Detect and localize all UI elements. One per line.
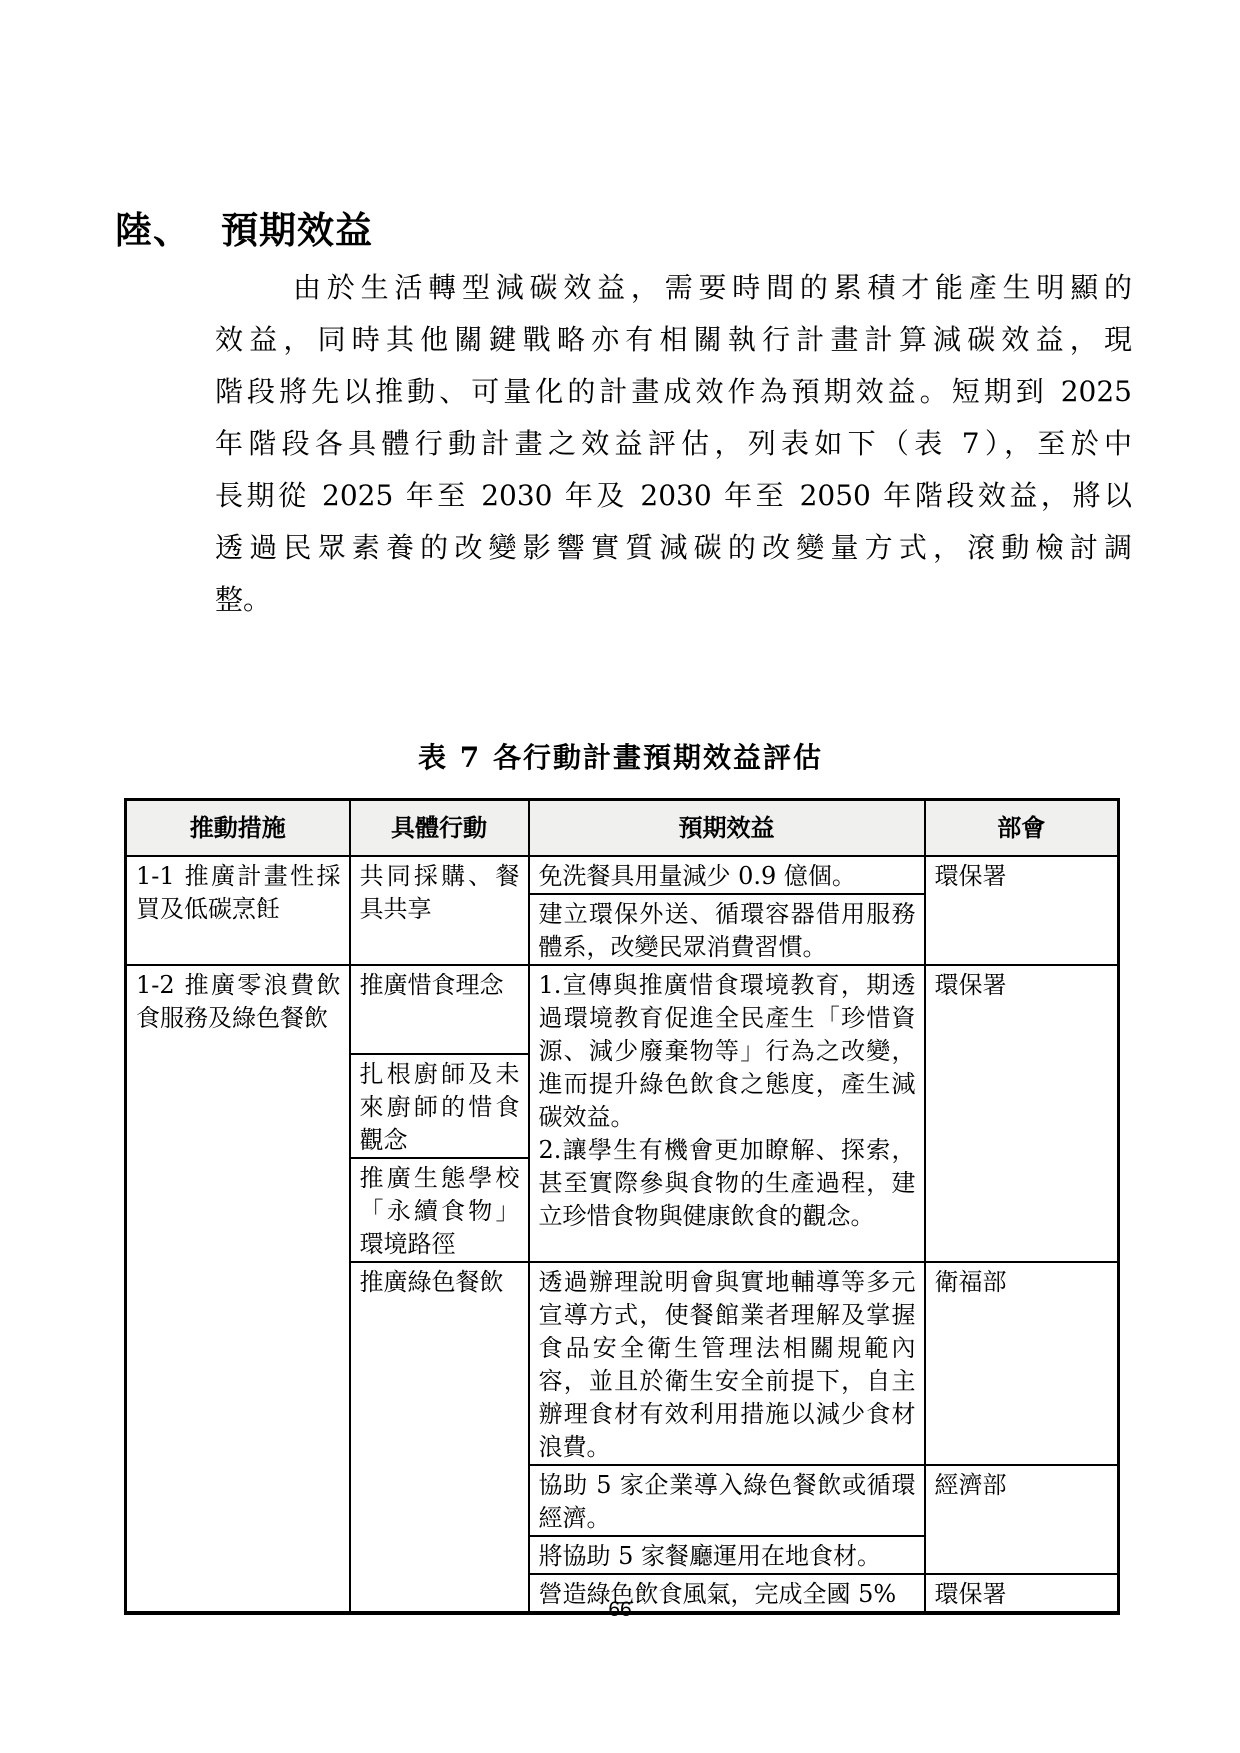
paragraph-line: 整。 [215, 574, 1132, 626]
paragraph-line: 由於生活轉型減碳效益，需要時間的累積才能產生明顯的 [215, 262, 1132, 314]
page-number: 66 [0, 1598, 1240, 1622]
cell-action-1-2-d: 推廣綠色餐飲 [350, 1262, 529, 1613]
header-benefit: 預期效益 [529, 800, 925, 856]
header-ministry: 部會 [925, 800, 1119, 856]
cell-benefit-1-2-c: 協助 5 家企業導入綠色餐飲或循環經濟。 [529, 1465, 925, 1536]
section-heading: 陸、預期效益 [115, 200, 373, 254]
table-caption: 表 7 各行動計畫預期效益評估 [124, 736, 1117, 776]
cell-action-1-2-a: 推廣惜食理念 [350, 965, 529, 1054]
cell-benefit-1-2-a: 1.宣傳與推廣惜食環境教育，期透過環境教育促進全民產生「珍惜資源、減少廢棄物等」… [529, 965, 925, 1262]
header-measure: 推動措施 [126, 800, 350, 856]
cell-ministry-1-2-b: 衛福部 [925, 1262, 1119, 1465]
cell-benefit-1-2-b: 透過辦理說明會與實地輔導等多元宣導方式，使餐館業者理解及掌握食品安全衛生管理法相… [529, 1262, 925, 1465]
cell-ministry-1-2-c: 經濟部 [925, 1465, 1119, 1574]
intro-paragraph: 由於生活轉型減碳效益，需要時間的累積才能產生明顯的 效益，同時其他關鍵戰略亦有相… [215, 262, 1132, 626]
paragraph-line: 長期從 2025 年至 2030 年及 2030 年至 2050 年階段效益，將… [215, 470, 1132, 522]
section-number: 陸、 [115, 208, 191, 252]
table-row: 1-1 推廣計畫性採買及低碳烹飪 共同採購、餐具共享 免洗餐具用量減少 0.9 … [126, 856, 1119, 894]
section-title: 預期效益 [221, 208, 373, 252]
table-row: 1-2 推廣零浪費飲食服務及綠色餐飲 推廣惜食理念 1.宣傳與推廣惜食環境教育，… [126, 965, 1119, 1054]
cell-action-1-2-c: 推廣生態學校「永續食物」環境路徑 [350, 1158, 529, 1262]
cell-measure-1-1: 1-1 推廣計畫性採買及低碳烹飪 [126, 856, 350, 965]
document-page: 陸、預期效益 由於生活轉型減碳效益，需要時間的累積才能產生明顯的 效益，同時其他… [0, 0, 1240, 1753]
cell-ministry-1-1: 環保署 [925, 856, 1119, 965]
cell-benefit-1-2-d: 將協助 5 家餐廳運用在地食材。 [529, 1536, 925, 1574]
paragraph-line: 透過民眾素養的改變影響實質減碳的改變量方式，滾動檢討調 [215, 522, 1132, 574]
cell-action-1-1: 共同採購、餐具共享 [350, 856, 529, 965]
table-header-row: 推動措施 具體行動 預期效益 部會 [126, 800, 1119, 856]
benefit-item-2: 2.讓學生有機會更加瞭解、探索，甚至實際參與食物的生產過程，建立珍惜食物與健康飲… [539, 1134, 916, 1233]
cell-measure-1-2: 1-2 推廣零浪費飲食服務及綠色餐飲 [126, 965, 350, 1613]
cell-benefit-1-1-a: 免洗餐具用量減少 0.9 億個。 [529, 856, 925, 894]
cell-ministry-1-2-a: 環保署 [925, 965, 1119, 1262]
cell-action-1-2-b: 扎根廚師及未來廚師的惜食觀念 [350, 1054, 529, 1158]
paragraph-line: 效益，同時其他關鍵戰略亦有相關執行計畫計算減碳效益，現 [215, 314, 1132, 366]
paragraph-line: 階段將先以推動、可量化的計畫成效作為預期效益。短期到 2025 [215, 366, 1132, 418]
header-action: 具體行動 [350, 800, 529, 856]
benefit-item-1: 1.宣傳與推廣惜食環境教育，期透過環境教育促進全民產生「珍惜資源、減少廢棄物等」… [539, 969, 916, 1134]
benefits-table: 推動措施 具體行動 預期效益 部會 1-1 推廣計畫性採買及低碳烹飪 共同採購、… [124, 798, 1120, 1615]
paragraph-line: 年階段各具體行動計畫之效益評估，列表如下（表 7），至於中 [215, 418, 1132, 470]
cell-benefit-1-1-b: 建立環保外送、循環容器借用服務體系，改變民眾消費習慣。 [529, 894, 925, 965]
